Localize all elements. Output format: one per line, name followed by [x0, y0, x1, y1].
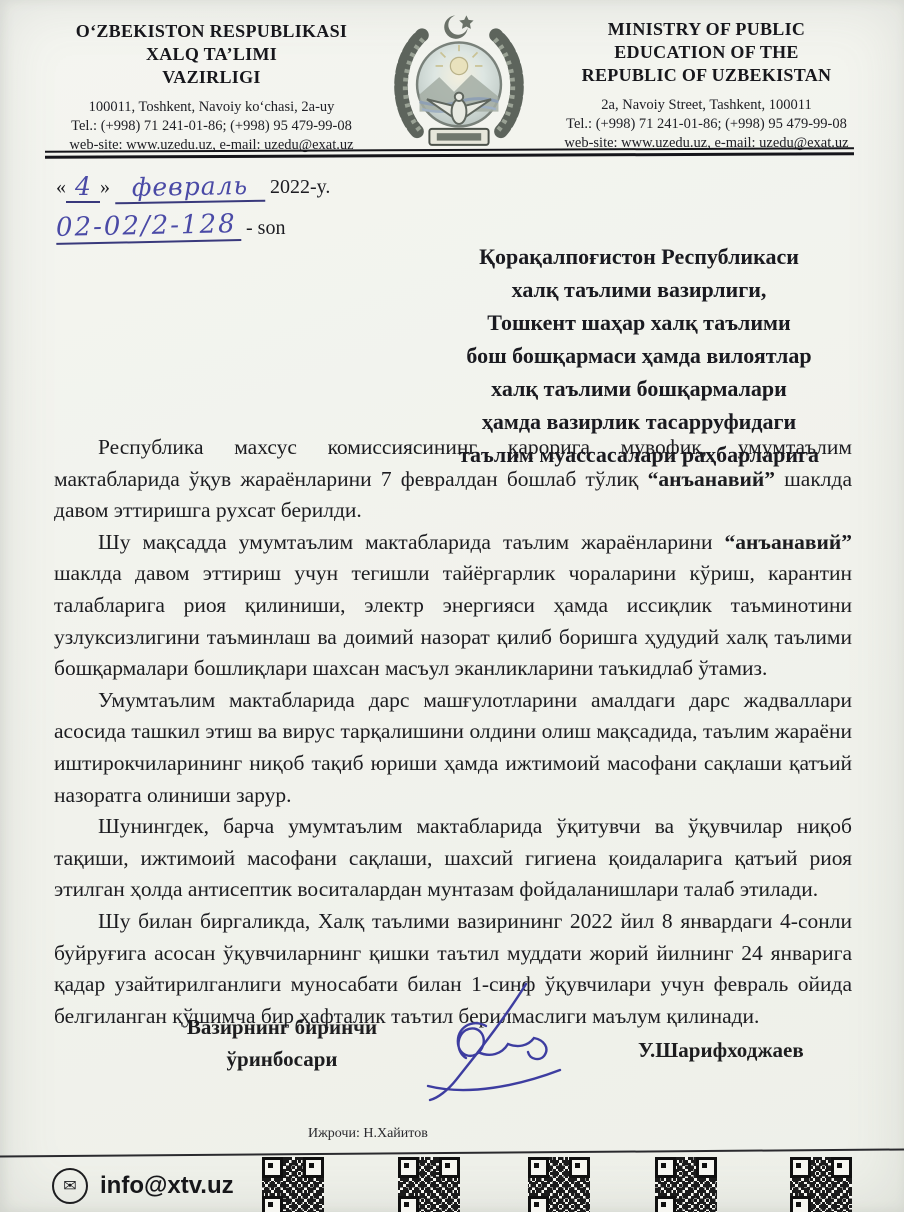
- body-paragraph: Республика махсус комиссиясининг қарориг…: [54, 432, 852, 527]
- title-line: REPUBLIC OF UZBEKISTAN: [535, 64, 878, 87]
- document-number-line: 02-02/2-128 - son: [56, 211, 330, 243]
- letter-body: Республика махсус комиссиясининг қарориг…: [54, 432, 852, 1032]
- title-line: O‘ZBEKISTON RESPUBLIKASI: [40, 20, 383, 43]
- uzbekistan-emblem-icon: [385, 8, 533, 156]
- title-line: EDUCATION OF THE: [535, 41, 878, 64]
- email-text: info@xtv.uz: [100, 1172, 234, 1200]
- signature-ink: [398, 982, 583, 1104]
- date-line: «4» февраль 2022-y.: [56, 170, 330, 201]
- handwritten-day: 4: [66, 172, 100, 203]
- body-paragraph: Умумтаълим мактабларида дарс машғулотлар…: [54, 685, 852, 811]
- signer-title: Вазирнинг биринчи ўринбосари: [158, 1012, 406, 1075]
- addressee-line: Тошкент шаҳар халқ таълими: [400, 306, 878, 339]
- signer-name: У.Шарифходжаев: [638, 1038, 804, 1063]
- letterhead-english-block: MINISTRY OF PUBLIC EDUCATION OF THE REPU…: [535, 8, 878, 153]
- letter-page: O‘ZBEKISTON RESPUBLIKASI XALQ TA’LIMI VA…: [0, 0, 904, 1212]
- quote-close: »: [100, 176, 110, 198]
- body-paragraph: Шу мақсадда умумтаълим мактабларида таъл…: [54, 527, 852, 685]
- footer-email: ✉ info@xtv.uz: [52, 1168, 234, 1204]
- state-emblem-box: [383, 8, 535, 156]
- qr-code: [398, 1157, 460, 1212]
- signer-title-line: ўринбосари: [158, 1044, 406, 1076]
- qr-code: [655, 1157, 717, 1212]
- phone-line: Tel.: (+998) 71 241-01-86; (+998) 95 479…: [40, 117, 383, 136]
- title-line: MINISTRY OF PUBLIC: [535, 18, 878, 41]
- year-suffix: 2022-y.: [270, 176, 330, 198]
- address-line: 2a, Navoiy Street, Tashkent, 100011: [535, 96, 878, 115]
- handwritten-month: февраль: [115, 171, 266, 205]
- ministry-title-en: MINISTRY OF PUBLIC EDUCATION OF THE REPU…: [535, 18, 878, 87]
- qr-code: [790, 1157, 852, 1212]
- contact-info-en: 2a, Navoiy Street, Tashkent, 100011 Tel.…: [535, 96, 878, 153]
- signer-title-line: Вазирнинг биринчи: [158, 1012, 406, 1044]
- phone-line: Tel.: (+998) 71 241-01-86; (+998) 95 479…: [535, 115, 878, 134]
- address-line: 100011, Toshkent, Navoiy ko‘chasi, 2a-uy: [40, 98, 383, 117]
- qr-code: [262, 1157, 324, 1212]
- addressee-line: халқ таълими бошқармалари: [400, 372, 878, 405]
- title-line: VAZIRLIGI: [40, 66, 383, 89]
- letterhead-uzbek-block: O‘ZBEKISTON RESPUBLIKASI XALQ TA’LIMI VA…: [40, 8, 383, 155]
- number-suffix: - son: [246, 217, 285, 239]
- ministry-title-uz: O‘ZBEKISTON RESPUBLIKASI XALQ TA’LIMI VA…: [40, 20, 383, 89]
- addressee-line: бош бошқармаси ҳамда вилоятлар: [400, 339, 878, 372]
- title-line: XALQ TA’LIMI: [40, 43, 383, 66]
- executor-line: Ижрочи: Н.Хайитов: [308, 1126, 428, 1142]
- contact-info-uz: 100011, Toshkent, Navoiy ko‘chasi, 2a-uy…: [40, 98, 383, 155]
- addressee-line: халқ таълими вазирлиги,: [400, 273, 878, 306]
- letterhead: O‘ZBEKISTON RESPUBLIKASI XALQ TA’LIMI VA…: [40, 8, 878, 156]
- date-and-number-block: «4» февраль 2022-y. 02-02/2-128 - son: [56, 170, 330, 243]
- addressee-line: Қорақалпоғистон Республикаси: [400, 240, 878, 273]
- handwritten-number: 02-02/2-128: [56, 209, 242, 245]
- envelope-icon: ✉: [52, 1168, 88, 1204]
- qr-code: [528, 1157, 590, 1212]
- body-paragraph: Шунингдек, барча умумтаълим мактабларида…: [54, 811, 852, 906]
- quote-open: «: [56, 176, 66, 198]
